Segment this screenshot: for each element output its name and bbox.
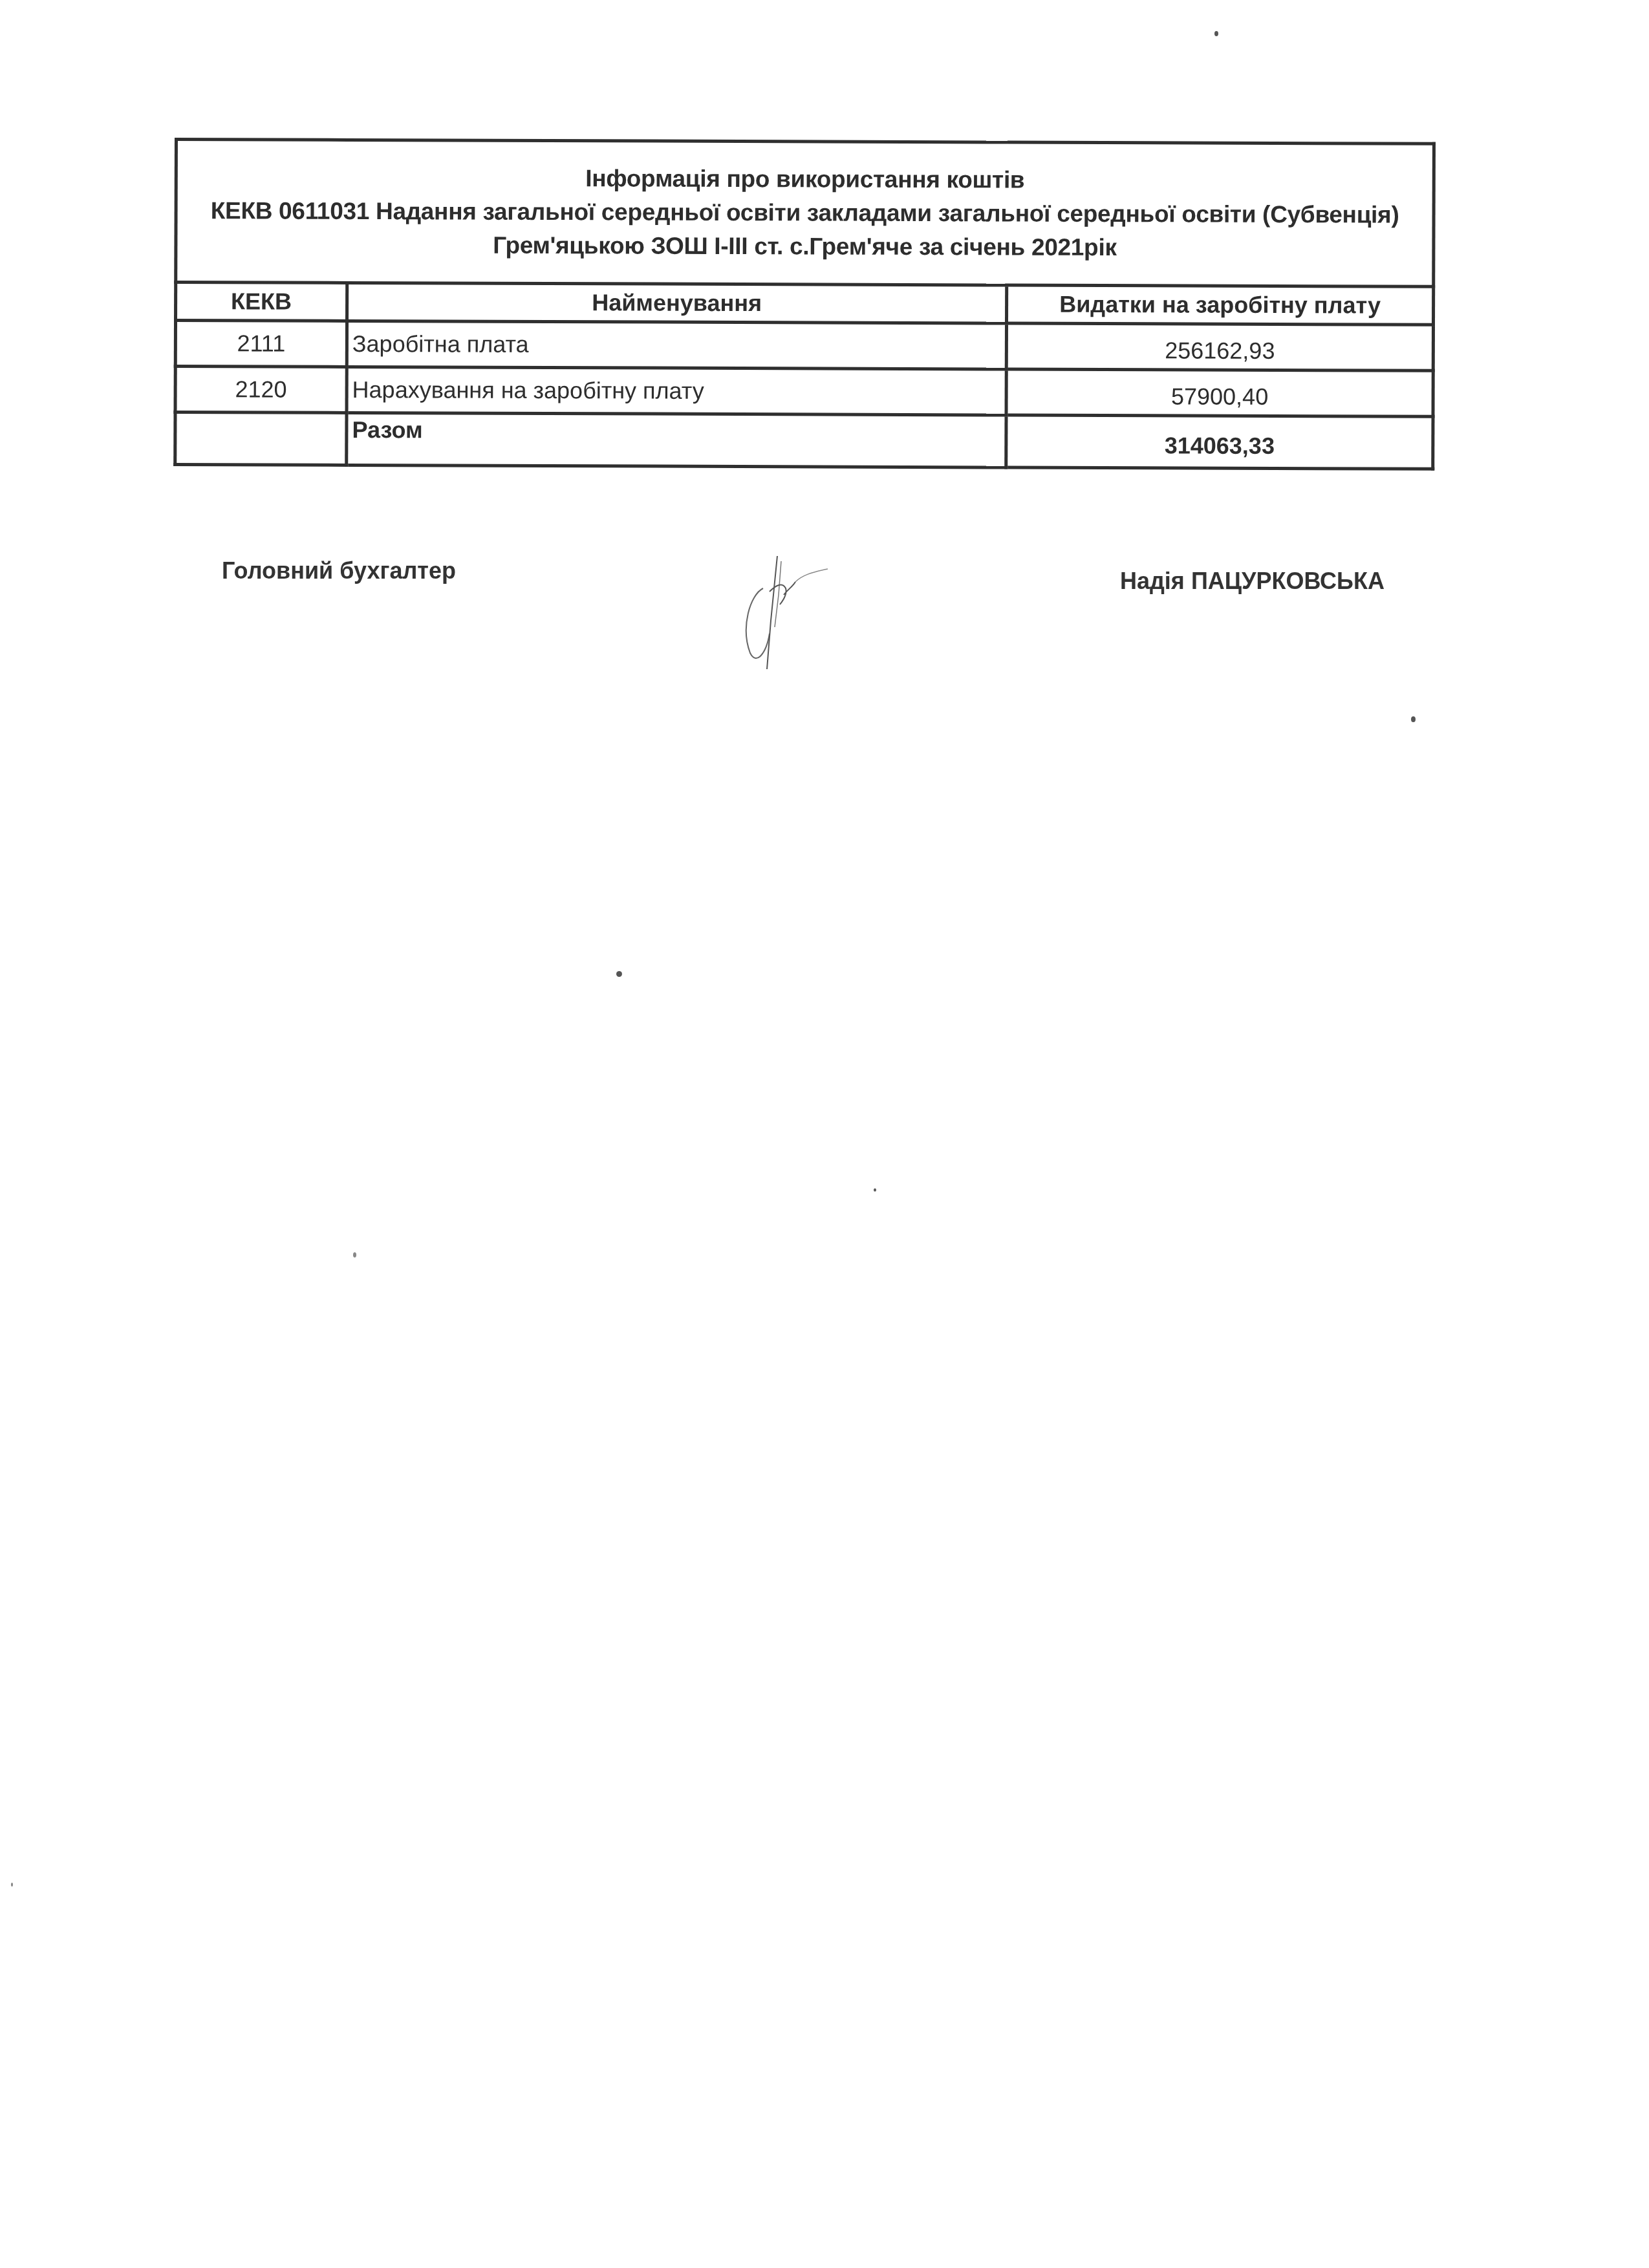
header-amount: Видатки на заробітну плату bbox=[1007, 285, 1434, 325]
signatory-position: Головний бухгалтер bbox=[222, 557, 456, 584]
cell-amount: 57900,40 bbox=[1006, 369, 1433, 416]
report-title: Інформація про використання коштів КЕКВ … bbox=[176, 140, 1434, 287]
cell-name: Нарахування на заробітну плату bbox=[347, 367, 1006, 415]
table-header-row: КЕКВ Найменування Видатки на заробітну п… bbox=[176, 283, 1434, 325]
handwritten-signature-icon bbox=[737, 556, 879, 672]
title-line-1: Інформація про використання коштів bbox=[178, 160, 1432, 198]
total-label: Разом bbox=[347, 412, 1006, 467]
cell-amount: 256162,93 bbox=[1006, 323, 1433, 370]
scan-speck bbox=[874, 1188, 876, 1192]
signatory-name: Надія ПАЦУРКОВСЬКА bbox=[1120, 568, 1385, 595]
scan-speck bbox=[1214, 31, 1218, 36]
document-page: Інформація про використання коштів КЕКВ … bbox=[0, 0, 1649, 2268]
title-line-2: КЕКВ 0611031 Надання загальної середньої… bbox=[178, 194, 1432, 232]
title-line-3: Грем'яцькою ЗОШ І-ІІІ ст. с.Грем'яче за … bbox=[177, 228, 1432, 266]
table-total-row: Разом 314063,33 bbox=[175, 412, 1433, 469]
scan-speck bbox=[616, 971, 622, 977]
total-kekv bbox=[175, 412, 347, 465]
header-name: Найменування bbox=[347, 283, 1007, 323]
cell-kekv: 2120 bbox=[175, 367, 347, 413]
table-row: 2120 Нарахування на заробітну плату 5790… bbox=[175, 367, 1433, 417]
total-amount: 314063,33 bbox=[1006, 415, 1433, 469]
scan-speck bbox=[11, 1883, 13, 1887]
table-row: 2111 Заробітна плата 256162,93 bbox=[175, 321, 1433, 371]
report-table-block: Інформація про використання коштів КЕКВ … bbox=[173, 138, 1432, 471]
header-kekv: КЕКВ bbox=[176, 283, 347, 321]
scan-speck bbox=[1411, 716, 1416, 722]
cell-kekv: 2111 bbox=[175, 321, 347, 367]
scan-speck bbox=[353, 1252, 356, 1257]
cell-name: Заробітна плата bbox=[347, 321, 1006, 369]
expense-table: Інформація про використання коштів КЕКВ … bbox=[173, 138, 1436, 471]
